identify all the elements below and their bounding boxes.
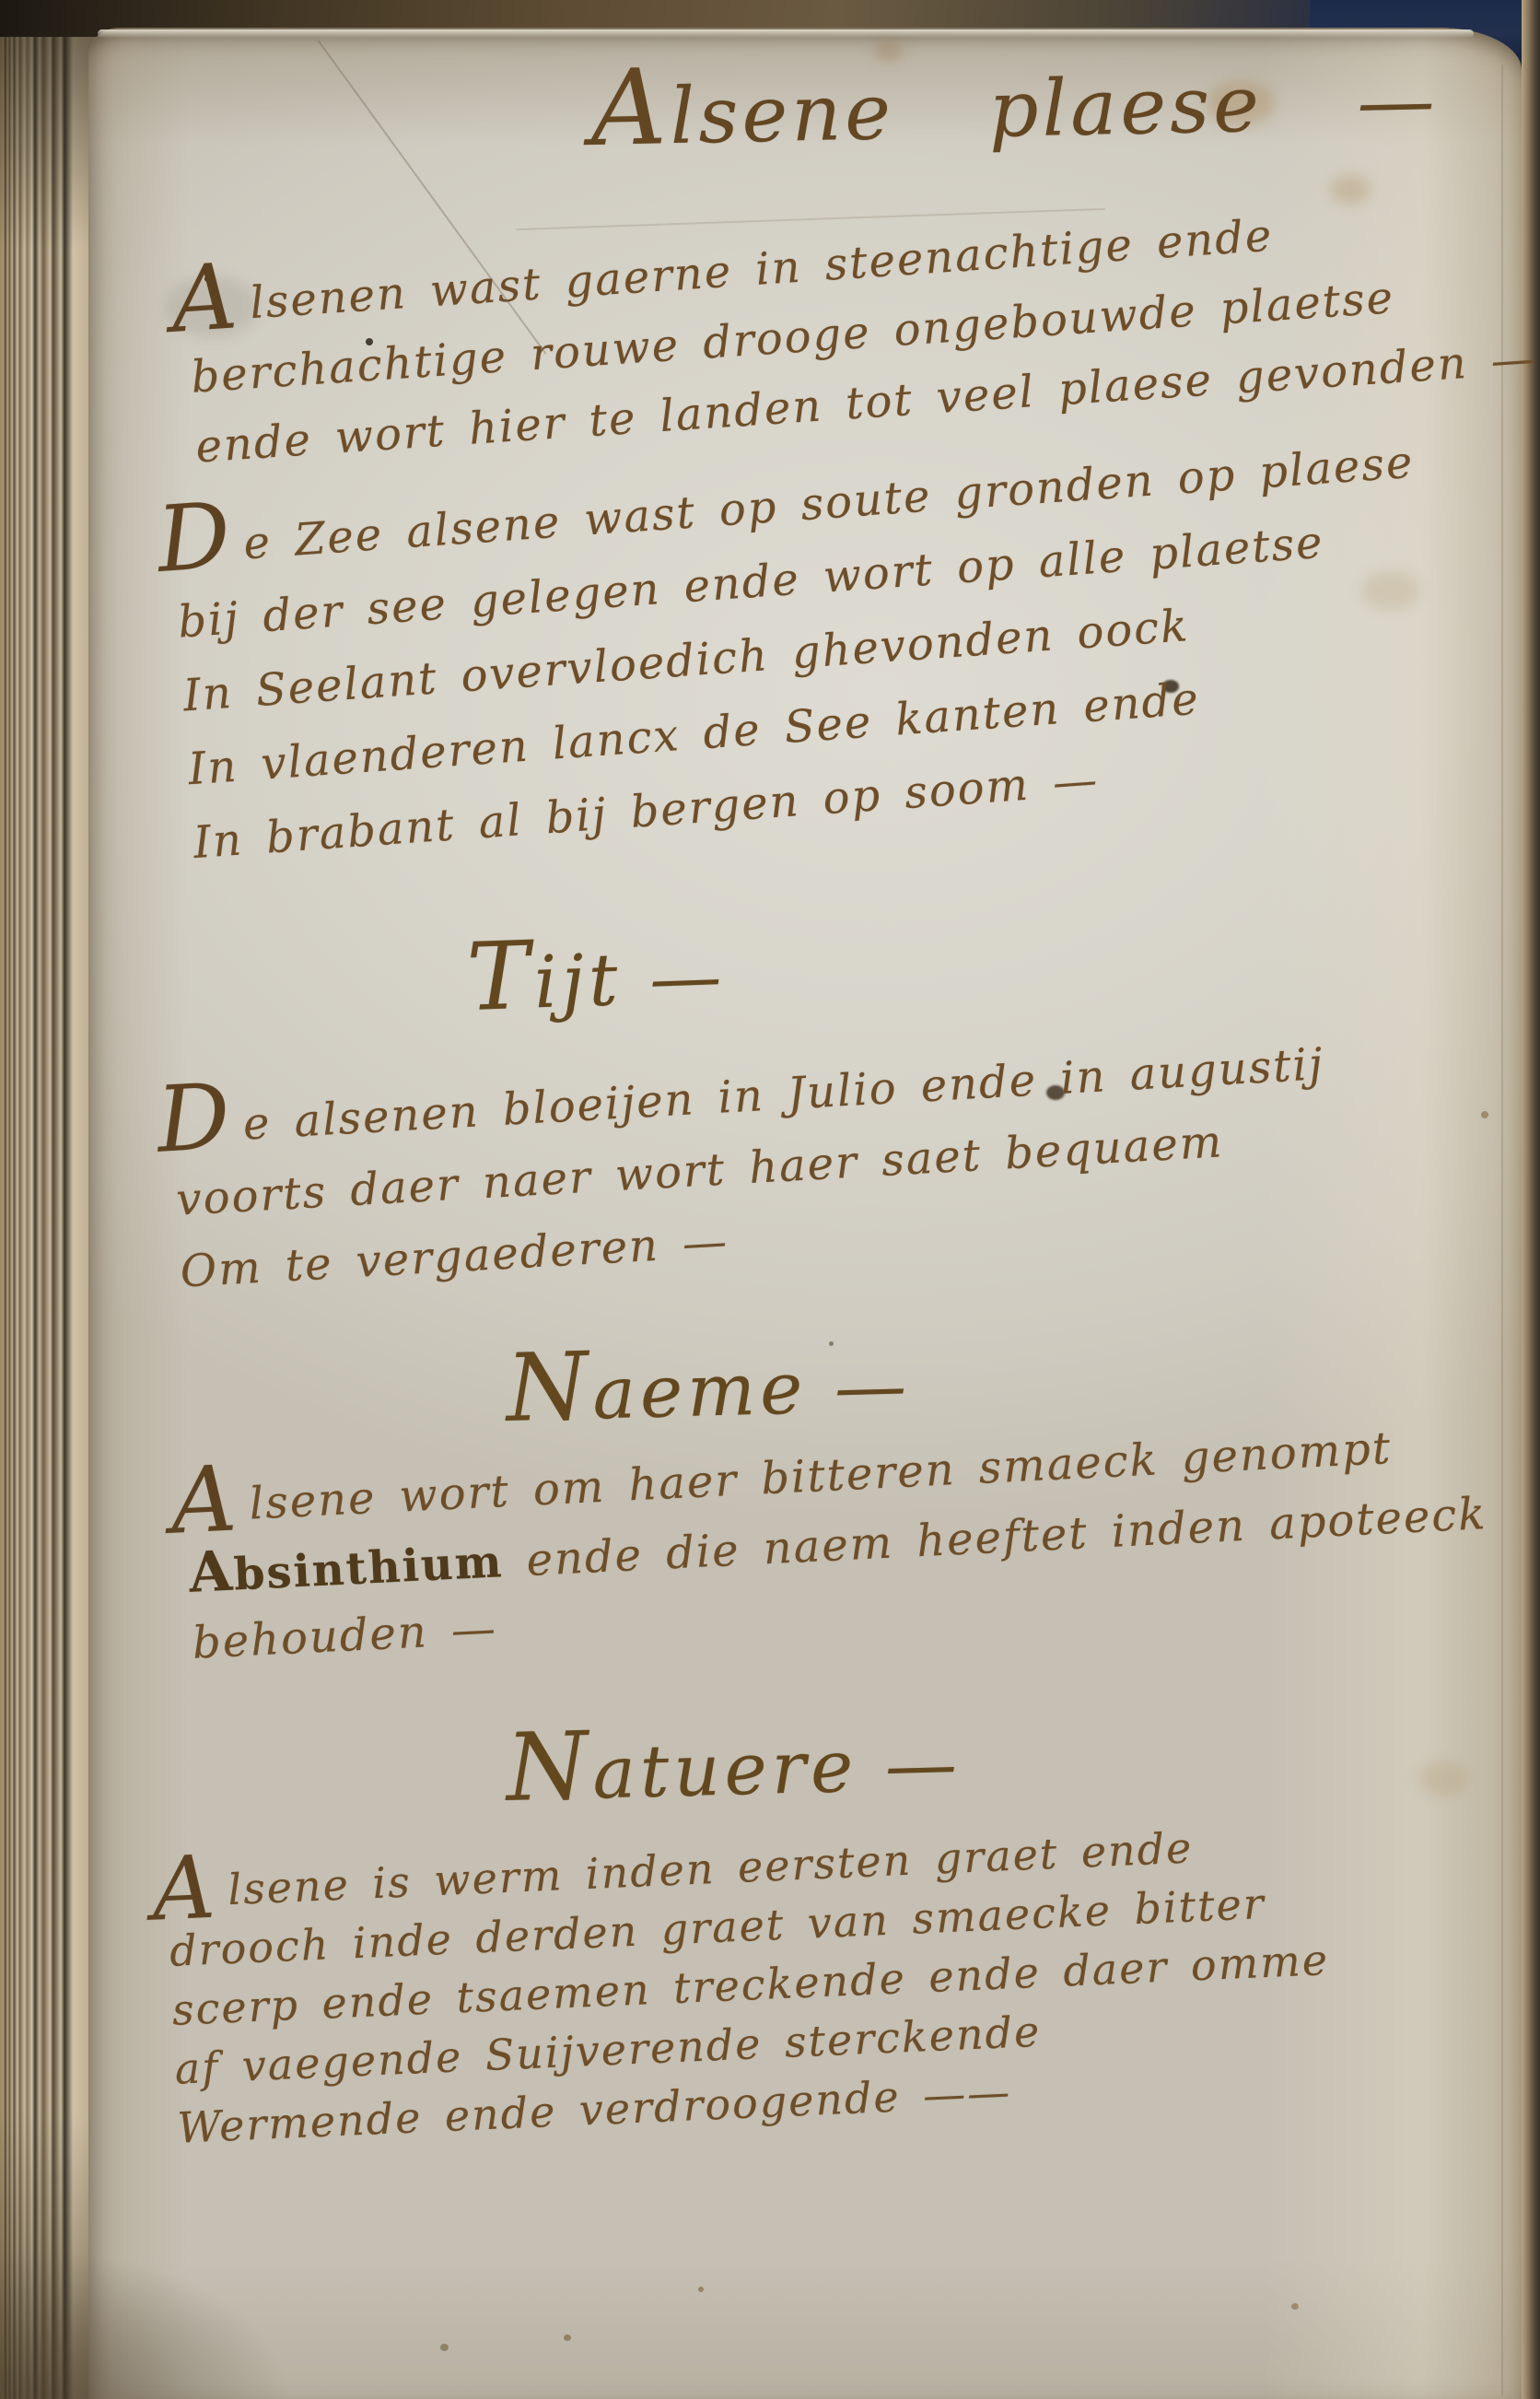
manuscript-photo: Alsene plaese — Alsenen wast gaerne in s… [0, 0, 1540, 2399]
paper-speck [698, 2287, 704, 2292]
page-title: Alsene plaese — [589, 30, 1440, 170]
section-heading-tijt: Tijt — [465, 914, 728, 1032]
paper-stain [1418, 1761, 1468, 1796]
paragraph-natuere: Alsene is werm inden eersten graet ende … [166, 1812, 1336, 2158]
paper-speck [564, 2335, 571, 2341]
paper-speck [1481, 1111, 1488, 1118]
paper-speck [440, 2344, 449, 2351]
section-heading-naeme: Naeme — [505, 1324, 912, 1443]
crease-line [1501, 64, 1503, 2395]
corner-shadow [0, 2169, 396, 2399]
section-heading-natuere: Natuere — [505, 1702, 962, 1822]
paper-speck [1291, 2303, 1299, 2310]
